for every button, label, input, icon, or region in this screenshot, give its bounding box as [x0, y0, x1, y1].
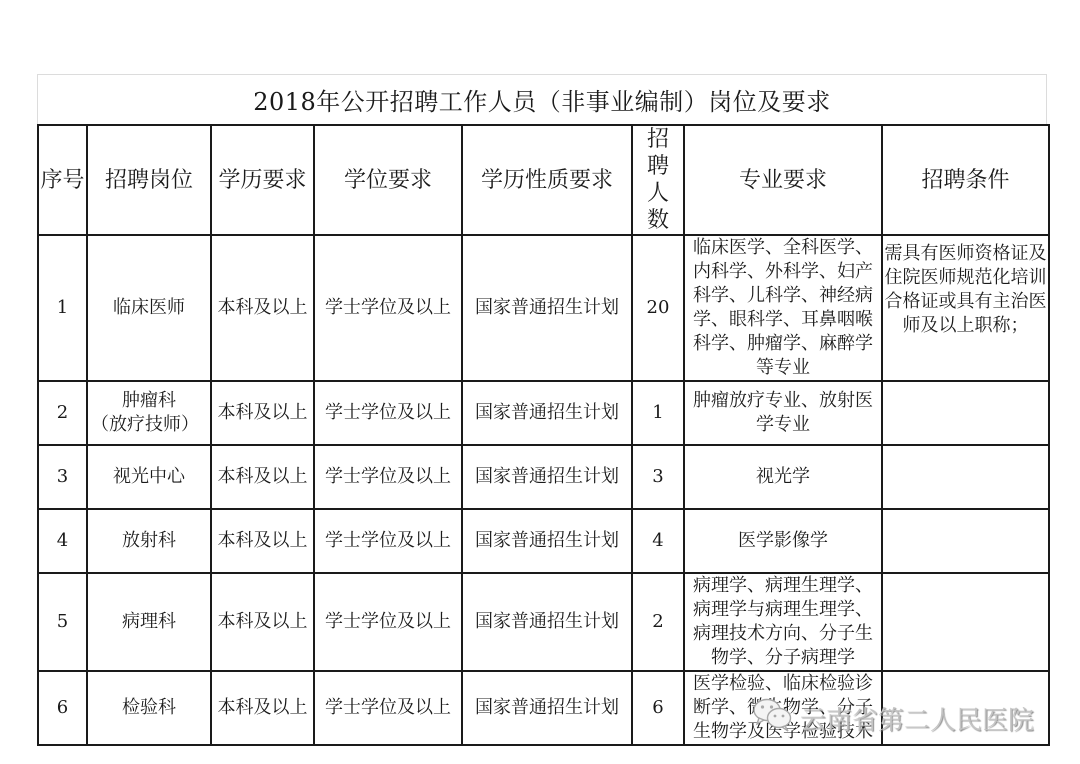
cell-major: 肿瘤放疗专业、放射医学专业: [684, 381, 882, 445]
cell-education: 本科及以上: [211, 445, 314, 509]
cell-position: 临床医师: [87, 235, 211, 381]
cell-count: 20: [632, 235, 684, 381]
cell-degree: 学士学位及以上: [314, 445, 462, 509]
cell-education: 本科及以上: [211, 671, 314, 745]
cell-count: 4: [632, 509, 684, 573]
cell-index: 6: [38, 671, 87, 745]
cell-education-type: 国家普通招生计划: [462, 445, 632, 509]
cell-major: 临床医学、全科医学、内科学、外科学、妇产科学、儿科学、神经病学、眼科学、耳鼻咽喉…: [684, 235, 882, 381]
cell-major: 视光学: [684, 445, 882, 509]
cell-index: 3: [38, 445, 87, 509]
table-row: 5 病理科 本科及以上 学士学位及以上 国家普通招生计划 2 病理学、病理生理学…: [38, 573, 1049, 671]
cell-index: 5: [38, 573, 87, 671]
cell-degree: 学士学位及以上: [314, 235, 462, 381]
cell-position: 放射科: [87, 509, 211, 573]
recruitment-table: 序号 招聘岗位 学历要求 学位要求 学历性质要求 招聘人数 专业要求 招聘条件 …: [37, 124, 1050, 746]
header-education-type: 学历性质要求: [462, 125, 632, 235]
cell-conditions: [882, 381, 1049, 445]
header-index: 序号: [38, 125, 87, 235]
cell-position: 检验科: [87, 671, 211, 745]
cell-degree: 学士学位及以上: [314, 573, 462, 671]
cell-major: 医学影像学: [684, 509, 882, 573]
cell-position: 视光中心: [87, 445, 211, 509]
cell-position-line1: 肿瘤科: [88, 389, 210, 413]
cell-education: 本科及以上: [211, 573, 314, 671]
cell-index: 1: [38, 235, 87, 381]
cell-conditions: 需具有医师资格证及住院医师规范化培训合格证或具有主治医师及以上职称；: [882, 235, 1049, 381]
header-count: 招聘人数: [632, 125, 684, 235]
cell-education-type: 国家普通招生计划: [462, 381, 632, 445]
cell-education: 本科及以上: [211, 509, 314, 573]
cell-position: 肿瘤科 （放疗技师）: [87, 381, 211, 445]
cell-index: 4: [38, 509, 87, 573]
table-row: 1 临床医师 本科及以上 学士学位及以上 国家普通招生计划 20 临床医学、全科…: [38, 235, 1049, 381]
cell-index: 2: [38, 381, 87, 445]
cell-degree: 学士学位及以上: [314, 509, 462, 573]
cell-conditions: [882, 573, 1049, 671]
cell-conditions: [882, 509, 1049, 573]
cell-count: 2: [632, 573, 684, 671]
cell-position: 病理科: [87, 573, 211, 671]
cell-degree: 学士学位及以上: [314, 381, 462, 445]
cell-major: 病理学、病理生理学、病理学与病理生理学、病理技术方向、分子生物学、分子病理学: [684, 573, 882, 671]
cell-count: 6: [632, 671, 684, 745]
cell-count: 1: [632, 381, 684, 445]
cell-education-type: 国家普通招生计划: [462, 671, 632, 745]
watermark-text: 云南省第二人民医院: [800, 700, 1034, 737]
table-row: 4 放射科 本科及以上 学士学位及以上 国家普通招生计划 4 医学影像学: [38, 509, 1049, 573]
document-title: 2018年公开招聘工作人员（非事业编制）岗位及要求: [37, 74, 1047, 124]
cell-conditions: [882, 445, 1049, 509]
document-title-text: 2018年公开招聘工作人员（非事业编制）岗位及要求: [253, 82, 831, 117]
cell-education-type: 国家普通招生计划: [462, 573, 632, 671]
table-header-row: 序号 招聘岗位 学历要求 学位要求 学历性质要求 招聘人数 专业要求 招聘条件: [38, 125, 1049, 235]
table-row: 3 视光中心 本科及以上 学士学位及以上 国家普通招生计划 3 视光学: [38, 445, 1049, 509]
cell-education: 本科及以上: [211, 235, 314, 381]
header-conditions: 招聘条件: [882, 125, 1049, 235]
watermark: 云南省第二人民医院: [752, 697, 1034, 739]
header-education: 学历要求: [211, 125, 314, 235]
wechat-icon: [752, 697, 794, 740]
cell-count: 3: [632, 445, 684, 509]
header-position: 招聘岗位: [87, 125, 211, 235]
header-degree: 学位要求: [314, 125, 462, 235]
cell-education-type: 国家普通招生计划: [462, 509, 632, 573]
cell-education-type: 国家普通招生计划: [462, 235, 632, 381]
cell-education: 本科及以上: [211, 381, 314, 445]
cell-position-line2: （放疗技师）: [87, 413, 210, 437]
table-row: 2 肿瘤科 （放疗技师） 本科及以上 学士学位及以上 国家普通招生计划 1 肿瘤…: [38, 381, 1049, 445]
cell-degree: 学士学位及以上: [314, 671, 462, 745]
header-major: 专业要求: [684, 125, 882, 235]
